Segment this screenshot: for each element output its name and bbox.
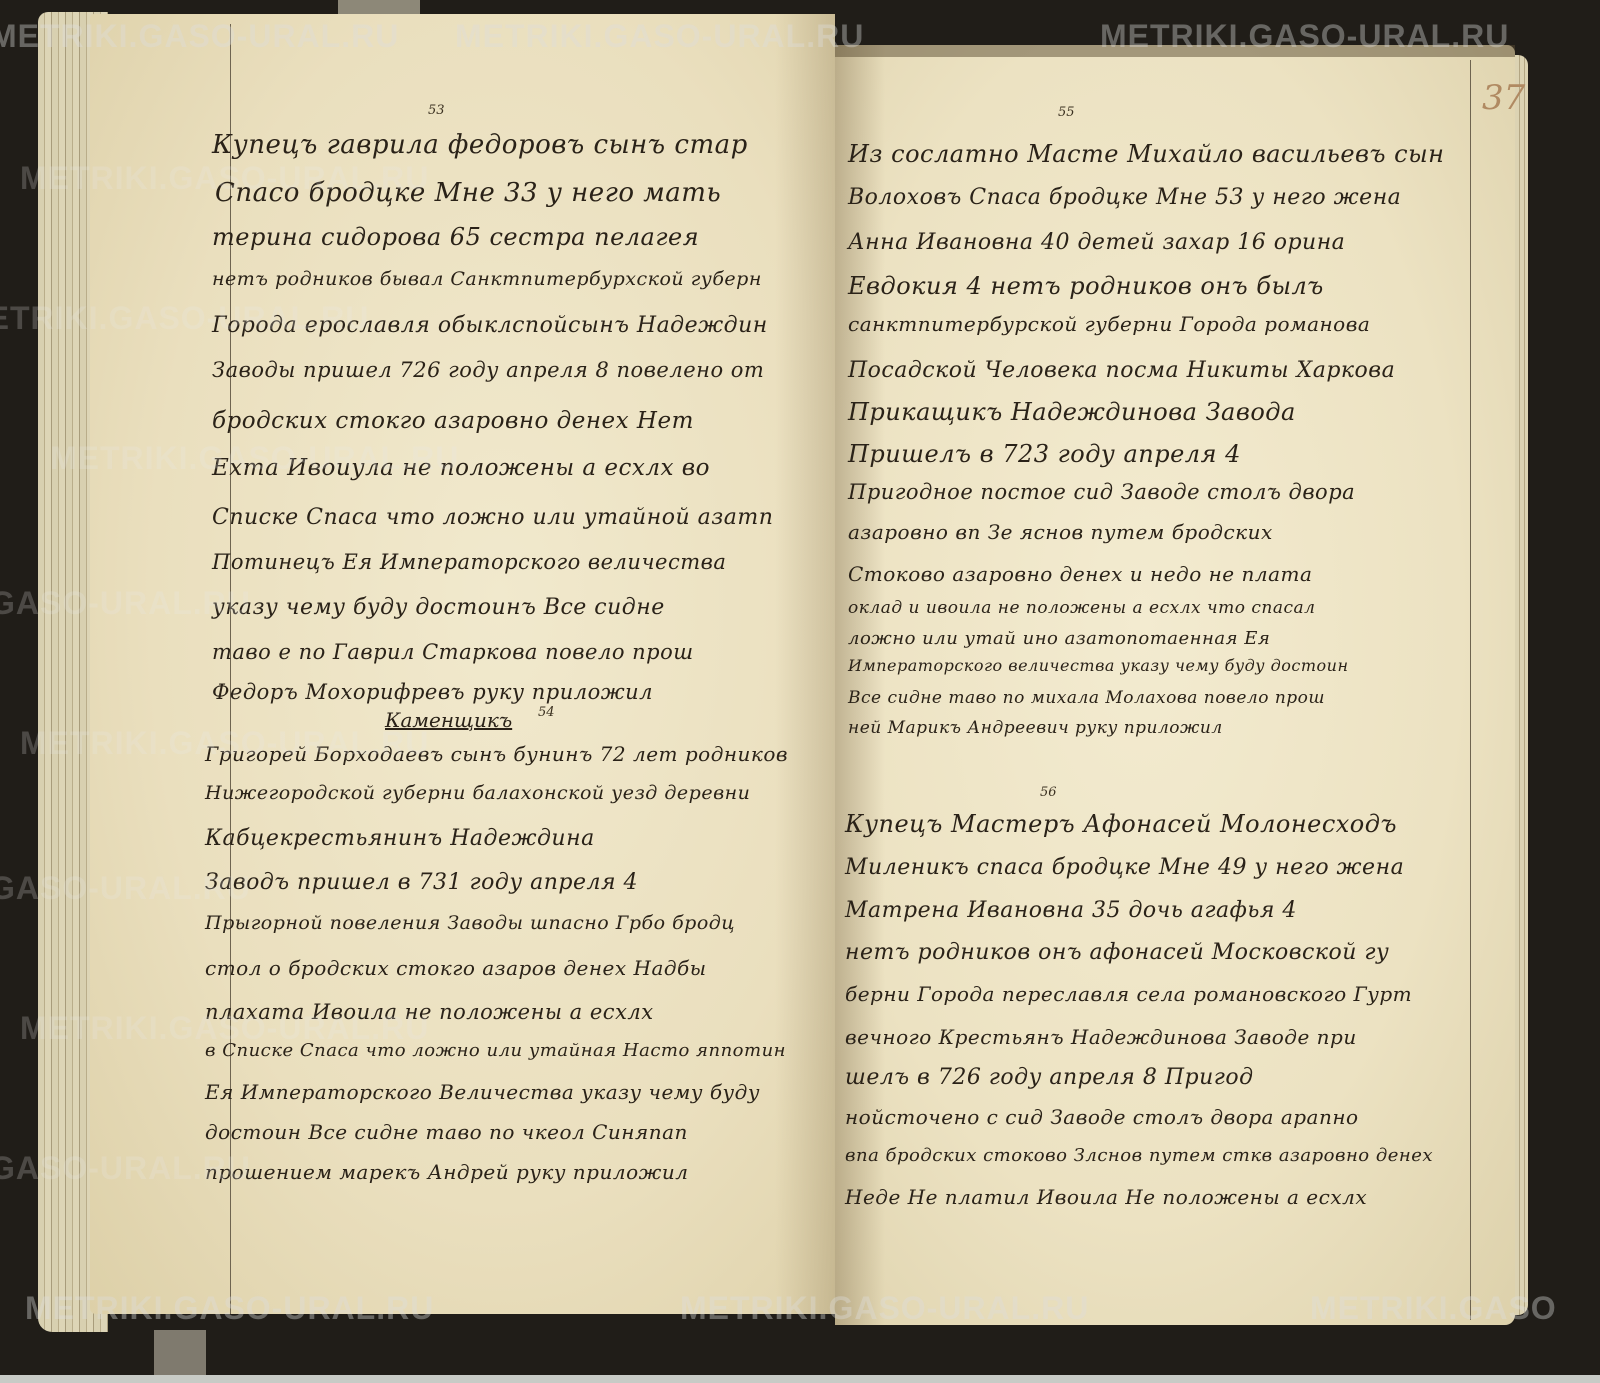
- watermark: METRIKI.GASO-URAL.RU: [0, 300, 369, 337]
- scanner-bottom-bar: [0, 1375, 1600, 1383]
- manuscript-line: Заводы пришел 726 году апреля 8 повелено…: [212, 358, 764, 382]
- manuscript-line: Кабцекрестьянинъ Надеждина: [205, 826, 595, 851]
- manuscript-line: Купецъ Мастеръ Афонасей Молонесходъ: [845, 810, 1397, 838]
- watermark: GASO-URAL.RU: [0, 585, 251, 622]
- watermark: METRIKI.GASO-URAL.RU: [0, 18, 399, 55]
- manuscript-line: Потинецъ Ея Императорского величества: [212, 550, 726, 574]
- entry-number: 53: [428, 103, 445, 118]
- manuscript-line: впа бродских стоково Злснов путем сткв а…: [845, 1145, 1433, 1166]
- watermark: GASO-URAL.RU: [0, 870, 251, 907]
- manuscript-line: нойсточено с сид Заводе столъ двора арап…: [845, 1105, 1359, 1129]
- watermark: METRIKI.GASO-URAL.RU: [680, 1290, 1089, 1327]
- watermark: GASO-URAL.RU: [0, 1150, 251, 1187]
- manuscript-line: Неде Не платил Ивоила Не положены а есхл…: [845, 1185, 1367, 1209]
- manuscript-line: Анна Ивановна 40 детей захар 16 орина: [848, 230, 1345, 255]
- manuscript-line: Купецъ гаврила федоровъ сынъ стар: [212, 130, 748, 160]
- manuscript-line: таво е по Гаврил Старкова повело прош: [212, 640, 694, 664]
- manuscript-line: Пришелъ в 723 году апреля 4: [848, 440, 1241, 468]
- folio-number: 37: [1482, 78, 1525, 118]
- manuscript-line: Федоръ Мохорифревъ руку приложил: [212, 680, 653, 704]
- entry-number: 54: [538, 705, 555, 720]
- watermark: METRIKI.GASO-URAL.RU: [20, 160, 429, 197]
- color-card-bottom: [154, 1330, 206, 1375]
- manuscript-line: Прыгорной повеления Заводы шпасно Грбо б…: [205, 912, 735, 934]
- watermark: METRIKI.GASO-URAL.RU: [25, 1290, 434, 1327]
- manuscript-scan: 37 53 Купецъ гаврила федоровъ сынъ стар …: [0, 0, 1600, 1383]
- watermark: METRIKI.GASO-URAL.RU: [455, 18, 864, 55]
- manuscript-line: Евдокия 4 нетъ родников онъ былъ: [848, 272, 1324, 300]
- manuscript-line: ложно или утай ино азатопотаенная Ея: [848, 628, 1270, 649]
- manuscript-line: Списке Спаса что ложно или утайной азатп: [212, 505, 773, 530]
- manuscript-line: Волоховъ Спаса бродцке Мне 53 у него жен…: [848, 185, 1401, 210]
- watermark: METRIKI.GASO: [1310, 1290, 1557, 1327]
- watermark: METRIKI.GASO-URAL.RU: [20, 725, 429, 762]
- left-page: [90, 14, 835, 1314]
- manuscript-line: оклад и ивоила не положены а есхлх что с…: [848, 598, 1315, 618]
- entry-number: 55: [1058, 105, 1075, 120]
- manuscript-line: шелъ в 726 году апреля 8 Пригод: [845, 1065, 1254, 1090]
- manuscript-line: ней Марикъ Андреевич руку приложил: [848, 718, 1223, 738]
- manuscript-line: указу чему буду достоинъ Все сидне: [212, 595, 665, 620]
- manuscript-line: Все сидне таво по михала Молахова повело…: [848, 688, 1325, 708]
- watermark: METRIKI.GASO-URAL.RU: [20, 1010, 429, 1047]
- manuscript-line: достоин Все сидне таво по чкеол Синяпап: [205, 1120, 688, 1144]
- entry-number: 56: [1040, 785, 1057, 800]
- manuscript-line: терина сидорова 65 сестра пелагея: [212, 223, 699, 251]
- manuscript-line: Посадской Человека посма Никиты Харкова: [848, 358, 1395, 383]
- manuscript-line: Заводъ пришел в 731 году апреля 4: [205, 870, 638, 895]
- manuscript-line: Миленикъ спаса бродцке Мне 49 у него жен…: [845, 855, 1404, 880]
- manuscript-line: азаровно вп Зе яснов путем бродских: [848, 520, 1273, 544]
- manuscript-line: нетъ родников бывал Санктпитербурхской г…: [212, 268, 762, 290]
- manuscript-line: Императорского величества указу чему буд…: [848, 656, 1349, 675]
- manuscript-line: берни Города переславля села романовског…: [845, 982, 1412, 1006]
- manuscript-line: Матрена Ивановна 35 дочь агафья 4: [845, 898, 1297, 923]
- manuscript-line: санктпитербурской губерни Города романов…: [848, 312, 1370, 336]
- manuscript-line: Нижегородской губерни балахонской уезд д…: [205, 782, 750, 804]
- watermark: METRIKI.GASO-URAL.RU: [50, 440, 459, 477]
- manuscript-line: вечного Крестьянъ Надеждинова Заводе при: [845, 1025, 1357, 1049]
- watermark: METRIKI.GASO-URAL.RU: [1100, 18, 1509, 55]
- right-page-margin-rule: [1470, 60, 1471, 1320]
- manuscript-line: Стоково азаровно денех и недо не плата: [848, 562, 1312, 586]
- manuscript-line: Прикащикъ Надеждинова Завода: [848, 398, 1296, 426]
- manuscript-line: Ея Императорского Величества указу чему …: [205, 1080, 760, 1104]
- manuscript-line: Пригодное постое сид Заводе столъ двора: [848, 480, 1355, 504]
- manuscript-line: бродских стокго азаровно денех Нет: [212, 408, 694, 434]
- manuscript-line: стол о бродских стокго азаров денех Надб…: [205, 956, 707, 980]
- manuscript-line: нетъ родников онъ афонасей Московской гу: [845, 940, 1389, 965]
- manuscript-line: прошением марекъ Андрей руку приложил: [205, 1160, 688, 1184]
- manuscript-line: Из сослатно Масте Михайло васильевъ сын: [848, 140, 1444, 168]
